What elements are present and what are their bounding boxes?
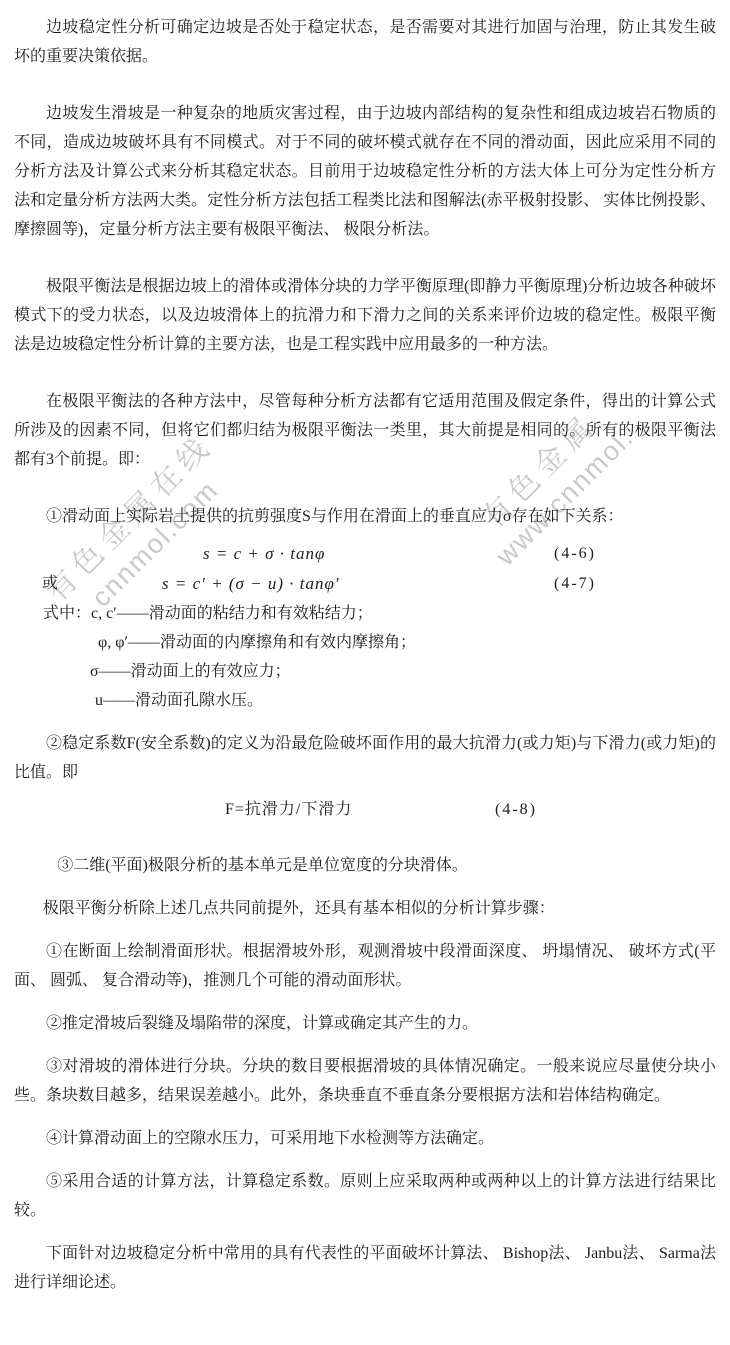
equation-4-8-row: F=抗滑力/下滑力 (4-8) [14,795,716,825]
equation-4-8-number: (4-8) [495,795,537,824]
premise-2-safety-factor: ②稳定系数F(安全系数)的定义为沿最危险破坏面作用的最大抗滑力(或力矩)与下滑力… [14,729,716,787]
step-3-divide-blocks: ③对滑坡的滑体进行分块。分块的数目要根据滑坡的具体情况确定。一般来说应尽量使分块… [14,1052,716,1110]
formula-block-shear-strength: s = c + σ · tanφ (4-6) 或 s = c′ + (σ − u… [14,539,716,715]
equation-4-7-or-label: 或 [42,569,58,598]
equation-4-7-number: (4-7) [554,569,596,598]
step-5-calculation-method: ⑤采用合适的计算方法，计算稳定系数。原则上应采取两种或两种以上的计算方法进行结果… [14,1167,716,1225]
definition-friction-angle: φ, φ′——滑动面的内摩擦角和有效内摩擦角； [14,628,716,657]
equation-4-7-expression: s = c′ + (σ − u) · tanφ′ [162,569,340,598]
paragraph-steps-intro: 极限平衡分析除上述几点共同前提外，还具有基本相似的分析计算步骤： [14,894,716,923]
step-4-pore-water-pressure: ④计算滑动面上的空隙水压力，可采用地下水检测等方法确定。 [14,1124,716,1153]
document-content: 边坡稳定性分析可确定边坡是否处于稳定状态，是否需要对其进行加固与治理，防止其发生… [0,0,730,1345]
equation-4-6-row: s = c + σ · tanφ (4-6) [14,539,716,569]
step-2-crack-depth: ②推定滑坡后裂缝及塌陷带的深度，计算或确定其产生的力。 [14,1009,716,1038]
paragraph-three-premises: 在极限平衡法的各种方法中，尽管每种分析方法都有它适用范围及假定条件，得出的计算公… [14,387,716,474]
definition-cohesion: 式中：c, c′——滑动面的粘结力和有效粘结力； [14,599,716,628]
definition-effective-stress: σ——滑动面上的有效应力； [14,657,716,686]
equation-4-7-row: 或 s = c′ + (σ − u) · tanφ′ (4-7) [14,569,716,599]
paragraph-landslide-process: 边坡发生滑坡是一种复杂的地质灾害过程，由于边坡内部结构的复杂性和组成边坡岩石物质… [14,99,716,244]
premise-1-shear-strength: ①滑动面上实际岩土提供的抗剪强度S与作用在滑面上的垂直应力σ存在如下关系： [14,502,716,531]
paragraph-intro: 边坡稳定性分析可确定边坡是否处于稳定状态，是否需要对其进行加固与治理，防止其发生… [14,13,716,71]
equation-4-8-expression: F=抗滑力/下滑力 [225,795,352,824]
step-1-draw-slip-surface: ①在断面上绘制滑面形状。根据滑坡外形，观测滑坡中段滑面深度、 坍塌情况、 破坏方… [14,937,716,995]
definition-pore-pressure: u——滑动面孔隙水压。 [14,686,716,715]
equation-4-6-number: (4-6) [554,539,596,568]
paragraph-limit-equilibrium-method: 极限平衡法是根据边坡上的滑体或滑体分块的力学平衡原理(即静力平衡原理)分析边坡各… [14,272,716,359]
equation-4-6-expression: s = c + σ · tanφ [203,539,325,568]
paragraph-closing: 下面针对边坡稳定分析中常用的具有代表性的平面破坏计算法、 Bishop法、 Ja… [14,1239,716,1297]
document-page: 有色金属在线 cnnmol.com 有色金属 www.cnnmol. 边坡稳定性… [0,0,730,1345]
premise-3-two-dimensional: ③二维(平面)极限分析的基本单元是单位宽度的分块滑体。 [14,851,716,880]
